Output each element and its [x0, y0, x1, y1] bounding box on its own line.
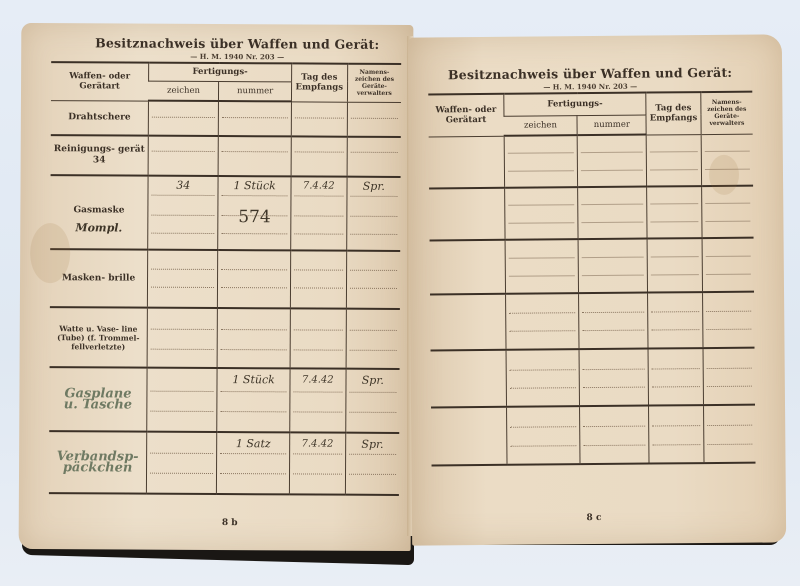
signature-value: Spr.: [346, 438, 399, 451]
date-value: 7.4.42: [290, 438, 345, 449]
nummer-value: 1 Stück: [219, 179, 290, 192]
item-label: Reinigungs- gerät 34: [51, 136, 148, 175]
nummer-value: 1 Stück: [218, 373, 289, 386]
item-label: Gasmaske: [73, 205, 124, 216]
date-value: 7.4.42: [290, 374, 345, 385]
signature-value: Spr.: [347, 180, 400, 193]
right-page: Besitznachweis über Waffen und Gerät: — …: [408, 34, 786, 545]
header-signature: Namens- zeichen des Geräte- verwalters: [700, 92, 752, 134]
table-row: Reinigungs- gerät 34: [51, 135, 401, 177]
header-nummer: nummer: [219, 81, 291, 101]
header-item-type: Waffen- oder Gerätart: [428, 94, 504, 137]
handwritten-item: Mompl.: [75, 222, 122, 233]
item-label: Drahtschere: [51, 101, 148, 135]
paper-stain: [709, 155, 739, 195]
left-page: Besitznachweis über Waffen und Gerät: — …: [19, 23, 414, 551]
nummer-value: 1 Satz: [218, 437, 289, 450]
equipment-table-left: Waffen- oder Gerätart Fertigungs- Tag de…: [49, 61, 401, 496]
zeichen-value: 34: [149, 179, 218, 192]
table-row: Gasplane u. Tasche 1 Stück 7.4.42 Spr.: [49, 367, 399, 433]
table-row: [429, 134, 753, 189]
header-item-type: Waffen- oder Gerätart: [51, 62, 149, 101]
page-number: 8 b: [19, 517, 411, 529]
page-title: Besitznachweis über Waffen und Gerät:: [21, 35, 413, 52]
table-row: [429, 186, 753, 241]
nummer-value-2: 574: [219, 207, 290, 227]
signature-value: Spr.: [346, 374, 399, 387]
table-row: Gasmaske Mompl. 34 1 Stück 574 7.4.42: [50, 175, 400, 251]
header-zeichen: zeichen: [504, 115, 577, 136]
table-row: Masken- brille: [50, 249, 400, 309]
header-zeichen: zeichen: [149, 81, 219, 101]
table-row: Verbandsp- päckchen 1 Satz 7.4.42 Spr.: [49, 431, 399, 495]
header-fertigungs: Fertigungs-: [149, 63, 292, 82]
header-date-received: Tag des Empfangs: [646, 92, 701, 134]
table-row: Drahtschere: [51, 100, 401, 137]
paper-stain: [30, 223, 70, 283]
table-row: [431, 348, 755, 408]
table-row: [431, 405, 755, 466]
table-row: Watte u. Vase- line (Tube) (f. Trommel- …: [50, 307, 400, 369]
item-label: Watte u. Vase- line (Tube) (f. Trommel- …: [50, 308, 147, 367]
table-row: [430, 292, 754, 351]
table-row: [430, 238, 754, 295]
header-fertigungs: Fertigungs-: [504, 93, 646, 116]
handwritten-item: Verbandsp- päckchen: [55, 451, 140, 473]
header-date-received: Tag des Empfangs: [291, 63, 347, 101]
date-value: 7.4.42: [291, 180, 346, 191]
page-number: 8 c: [412, 511, 786, 524]
header-nummer: nummer: [577, 115, 646, 136]
equipment-table-right: Waffen- oder Gerätart Fertigungs- Tag de…: [428, 91, 755, 467]
header-signature: Namens- zeichen des Geräte- verwalters: [347, 64, 401, 102]
handwritten-item: Gasplane u. Tasche: [55, 388, 140, 410]
